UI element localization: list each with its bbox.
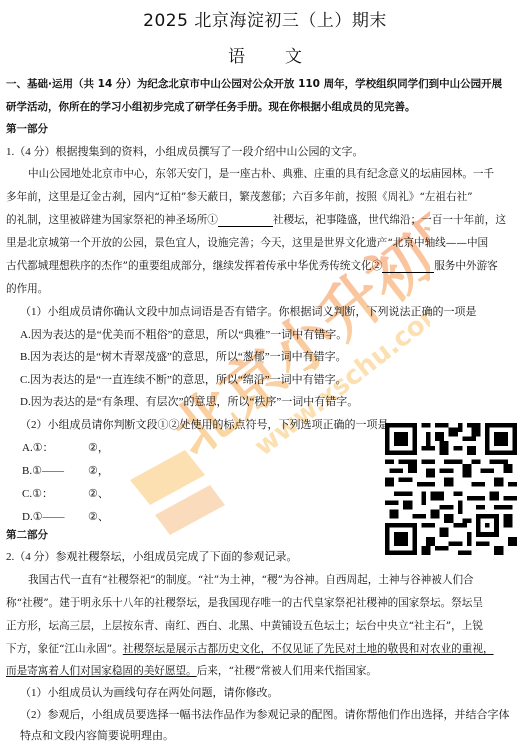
q2-passage-line2: 称“社稷”。建于明永乐十八年的社稷祭坛，是我国现存唯一的古代皇家祭祀社稷神的国家… — [6, 596, 524, 610]
q1-passage-line2: 多年前，这里是辽金古刹，园内“辽柏”参天蔽日，繁茂葱郁；六百多年前，按照《周礼》… — [6, 190, 524, 204]
blank-2-input[interactable] — [382, 261, 434, 273]
q1-sub1-option-d[interactable]: D.因为表达的是“有条理、有层次”的意思，所以“秩序”一词中有错字。 — [20, 395, 524, 409]
subject-title: 语文 — [0, 42, 530, 67]
q1-sub1-stem: （1）小组成员请你确认文段中加点词语是否有错字。你根据词义判断，下列说法正确的一… — [20, 305, 524, 319]
q2-sub1: （1）小组成员认为画线句存在两处问题，请你修改。 — [20, 686, 524, 700]
subject-char-1: 语 — [228, 42, 245, 67]
section-intro-line1: 一、基础·运用（共 14 分）为纪念北京市中山公园对公众开放 110 周年，学校… — [6, 77, 524, 91]
q1-passage-line5: 古代都城理想秩序的杰作”的重要组成部分，继续发挥着传承中华优秀传统文化②服务中外… — [6, 259, 524, 273]
q2-sub2-line1: （2）参观后，小组成员要选择一幅书法作品作为参观记录的配图。请你帮他们作出选择，… — [20, 708, 524, 722]
q1-sub1-option-c[interactable]: C.因为表达的是“一直连续不断”的意思，所以“绵沿”一词中有错字。 — [20, 373, 524, 387]
underlined-sentence-part2: 而是寄寓着人们对国家稳固的美好愿望。 — [6, 665, 197, 677]
q2-passage-line5: 而是寄寓着人们对国家稳固的美好愿望。后来，“社稷”常被人们用来代指国家。 — [6, 664, 524, 678]
q1-passage-line6: 的作用。 — [6, 282, 524, 296]
q2-passage-line1: 我国古代一直有“社稷祭祀”的制度。“社”为土神，“稷”为谷神。自西周起，土神与谷… — [28, 573, 524, 587]
exam-title: 2025 北京海淀初三（上）期末 — [0, 6, 530, 31]
part2-heading: 第二部分 — [6, 528, 524, 542]
q2-stem: 2.（4 分）参观社稷祭坛，小组成员完成了下面的参观记录。 — [6, 550, 524, 564]
exam-page: 北京小升初网 www.xschu.com 2025 北京海淀初三（上）期末 语文… — [0, 0, 530, 744]
part1-heading: 第一部分 — [6, 122, 524, 136]
q1-passage-line1: 中山公园地处北京市中心，东邻天安门，是一座古朴、典雅、庄重的具有纪念意义的坛庙园… — [28, 167, 524, 181]
subject-char-2: 文 — [285, 42, 302, 67]
q2-sub2-line2: 特点和文段内容简要说明理由。 — [20, 729, 524, 743]
blank-1-input[interactable] — [218, 215, 273, 227]
q1-passage-line3: 的礼制，这里被辟建为国家祭祀的神圣场所①社稷坛，祀事隆盛，世代绵沿；一百一十年前… — [6, 213, 524, 227]
underlined-sentence-part1: 社稷祭坛是展示古都历史文化，不仅见证了先民对土地的敬畏和对农业的重视， — [123, 643, 494, 655]
section-intro-line2: 研学活动，你所在的学习小组初步完成了研学任务手册。现在你根据小组成员的见完善。 — [6, 100, 524, 114]
q1-sub1-option-a[interactable]: A.因为表达的是“优美而不粗俗”的意思，所以“典雅”一词中有错字。 — [20, 328, 524, 342]
q2-passage-line3: 正方形，坛高三层，上层按东青、南红、西白、北黑、中黄铺设五色坛土；坛台中央立“社… — [6, 619, 524, 633]
q1-stem: 1.（4 分）根据搜集到的资料，小组成员撰写了一段介绍中山公园的文字。 — [6, 145, 524, 159]
q1-passage-line4: 里是北京城第一个开放的公园，景色宜人，设施完善；今天，这里是世界文化遗产“北京中… — [6, 236, 524, 250]
q2-passage-line4: 下方，象征“江山永固”。社稷祭坛是展示古都历史文化，不仅见证了先民对土地的敬畏和… — [6, 642, 524, 656]
q1-sub1-option-b[interactable]: B.因为表达的是“树木青翠茂盛”的意思，所以“葱郁”一词中有错字。 — [20, 350, 524, 364]
